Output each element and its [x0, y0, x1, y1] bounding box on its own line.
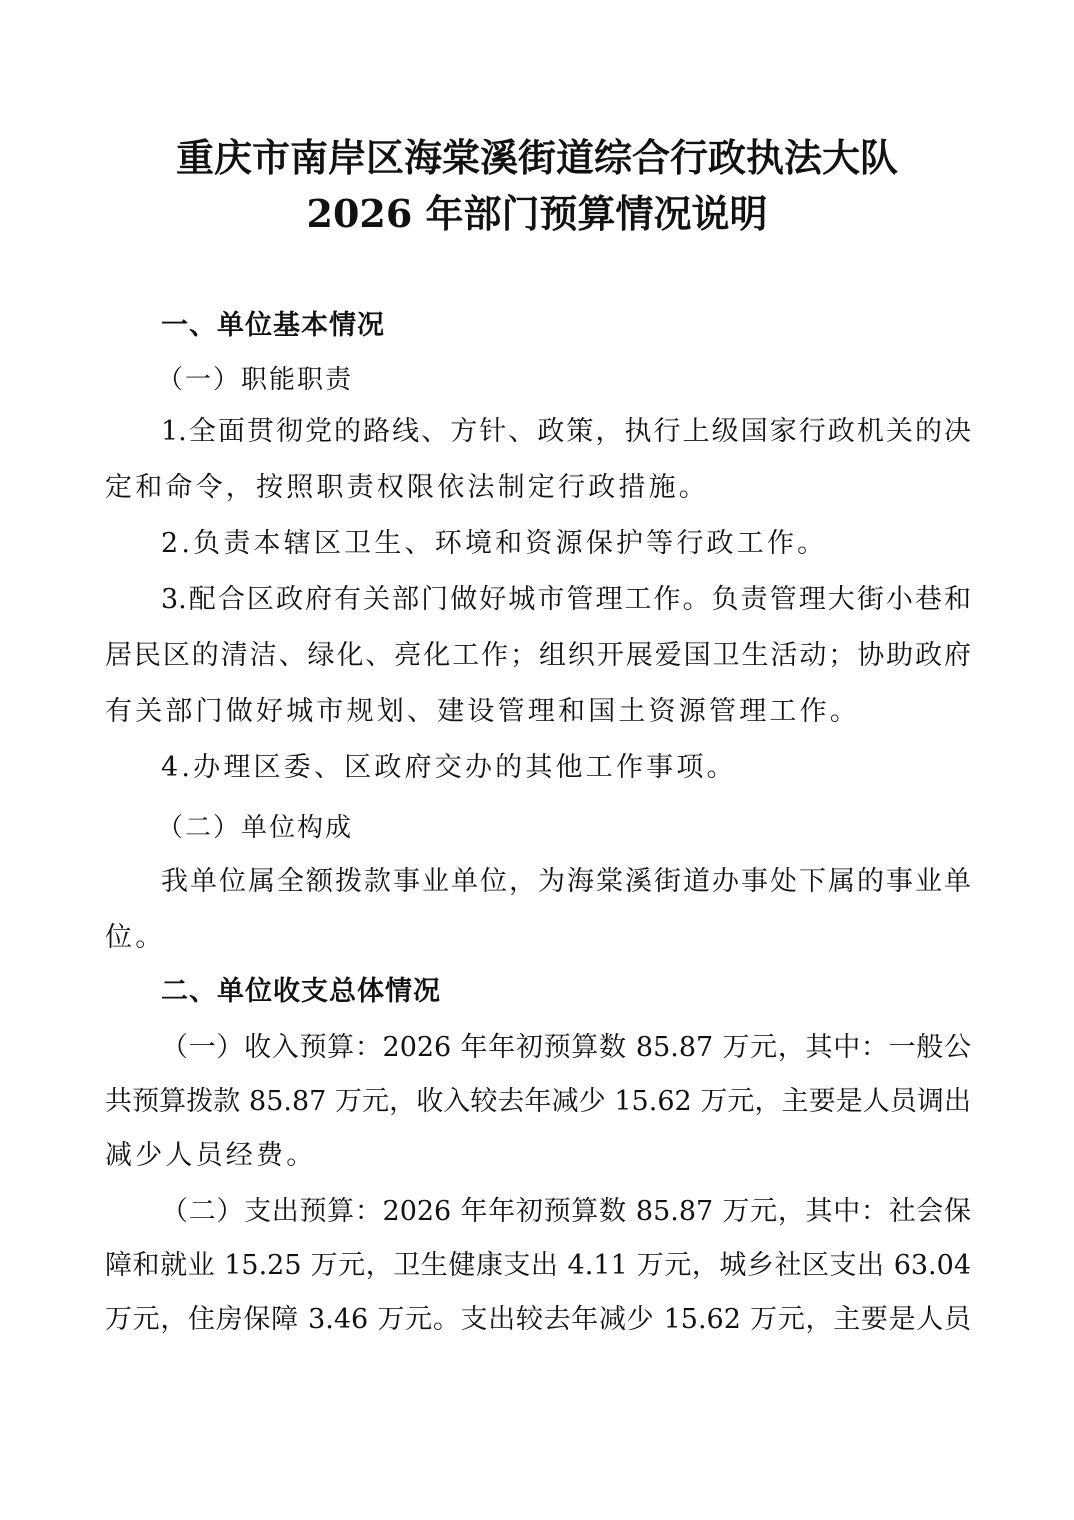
- paragraph-line-income-budget: （一）收入预算：2026 年年初预算数 85.87 万元，其中：一般公: [105, 1028, 971, 1068]
- section-heading-basic-info: 一、单位基本情况: [105, 306, 971, 346]
- paragraph-line: 2.负责本辖区卫生、环境和资源保护等行政工作。: [105, 524, 971, 564]
- document-title-line-1: 重庆市南岸区海棠溪街道综合行政执法大队: [0, 134, 1074, 182]
- paragraph-line: 定和命令，按照职责权限依法制定行政措施。: [105, 468, 971, 508]
- paragraph-line: 居民区的清洁、绿化、亮化工作；组织开展爱国卫生活动；协助政府: [105, 636, 971, 676]
- paragraph-line-expenditure-budget: 万元，住房保障 3.46 万元。支出较去年减少 15.62 万元，主要是人员: [105, 1300, 971, 1340]
- paragraph-line: 3.配合区政府有关部门做好城市管理工作。负责管理大街小巷和: [105, 580, 971, 620]
- paragraph-line-expenditure-budget: 障和就业 15.25 万元，卫生健康支出 4.11 万元，城乡社区支出 63.0…: [105, 1246, 971, 1286]
- document-page: 重庆市南岸区海棠溪街道综合行政执法大队 2026 年部门预算情况说明 一、单位基…: [0, 0, 1074, 1520]
- paragraph-line-income-budget: 减少人员经费。: [105, 1136, 971, 1176]
- paragraph-line: 4.办理区委、区政府交办的其他工作事项。: [105, 748, 971, 788]
- paragraph-line-expenditure-budget: （二）支出预算：2026 年年初预算数 85.87 万元，其中：社会保: [105, 1192, 971, 1232]
- subsection-heading-composition: （二）单位构成: [105, 808, 971, 848]
- section-heading-income-expenditure: 二、单位收支总体情况: [105, 972, 971, 1012]
- paragraph-line: 我单位属全额拨款事业单位，为海棠溪街道办事处下属的事业单: [105, 862, 971, 902]
- paragraph-line: 有关部门做好城市规划、建设管理和国土资源管理工作。: [105, 692, 971, 732]
- subsection-heading-functions: （一）职能职责: [105, 360, 971, 400]
- paragraph-line: 1.全面贯彻党的路线、方针、政策，执行上级国家行政机关的决: [105, 412, 971, 452]
- paragraph-line-income-budget: 共预算拨款 85.87 万元，收入较去年减少 15.62 万元，主要是人员调出: [105, 1082, 971, 1122]
- paragraph-line: 位。: [105, 918, 971, 958]
- document-title-line-2: 2026 年部门预算情况说明: [0, 190, 1074, 238]
